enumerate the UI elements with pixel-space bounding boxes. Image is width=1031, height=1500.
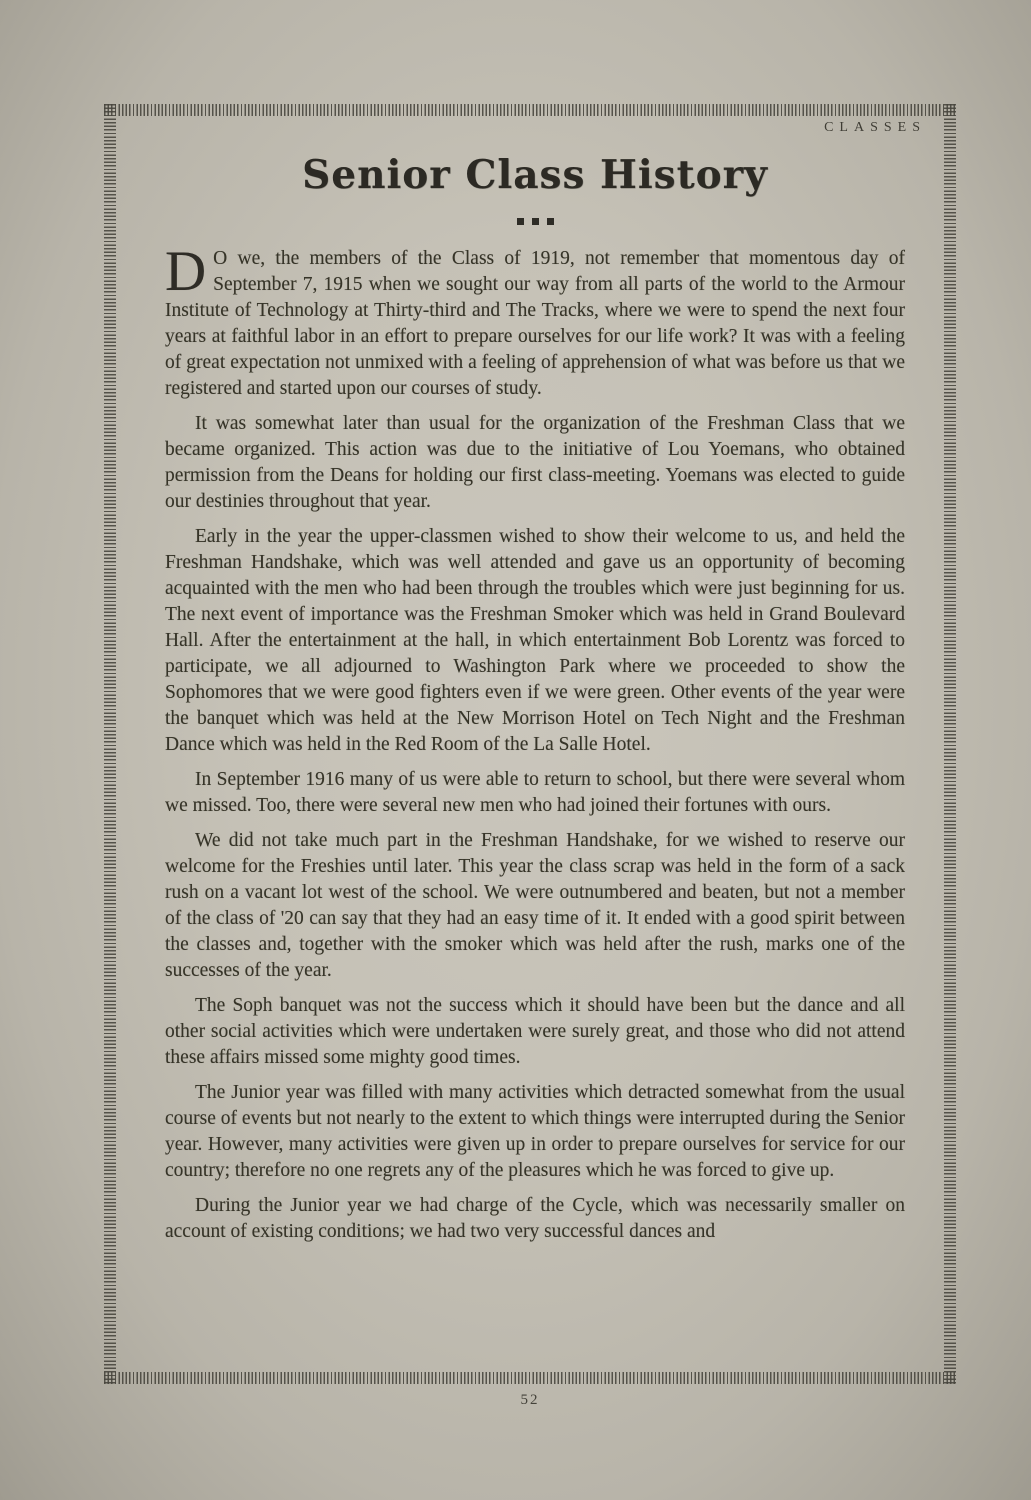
paragraph: The Soph banquet was not the success whi… [165,993,905,1071]
square-dot-icon [532,218,539,225]
article-body: DO we, the members of the Class of 1919,… [165,246,905,1254]
square-dot-icon [517,218,524,225]
running-head-section-label: CLASSES [824,120,926,136]
paragraph: During the Junior year we had charge of … [165,1193,905,1245]
paragraph: The Junior year was filled with many act… [165,1080,905,1184]
three-squares-icon [165,218,905,225]
decorative-border-top [104,104,956,116]
paragraph: In September 1916 many of us were able t… [165,767,905,819]
decorative-border-left [104,104,116,1384]
paragraph: Early in the year the upper-classmen wis… [165,524,905,758]
paragraph: DO we, the members of the Class of 1919,… [165,246,905,402]
square-dot-icon [547,218,554,225]
scanned-yearbook-page: { "header": { "section_label": "CLASSES"… [0,0,1031,1500]
page-number: 52 [104,1392,956,1409]
paragraph: We did not take much part in the Freshma… [165,828,905,984]
decorative-border-bottom [104,1372,956,1384]
paragraph: It was somewhat later than usual for the… [165,411,905,515]
decorative-border-right [944,104,956,1384]
page-title: Senior Class History [165,152,905,198]
page-frame: CLASSES Senior Class History DO we, the … [104,104,956,1384]
